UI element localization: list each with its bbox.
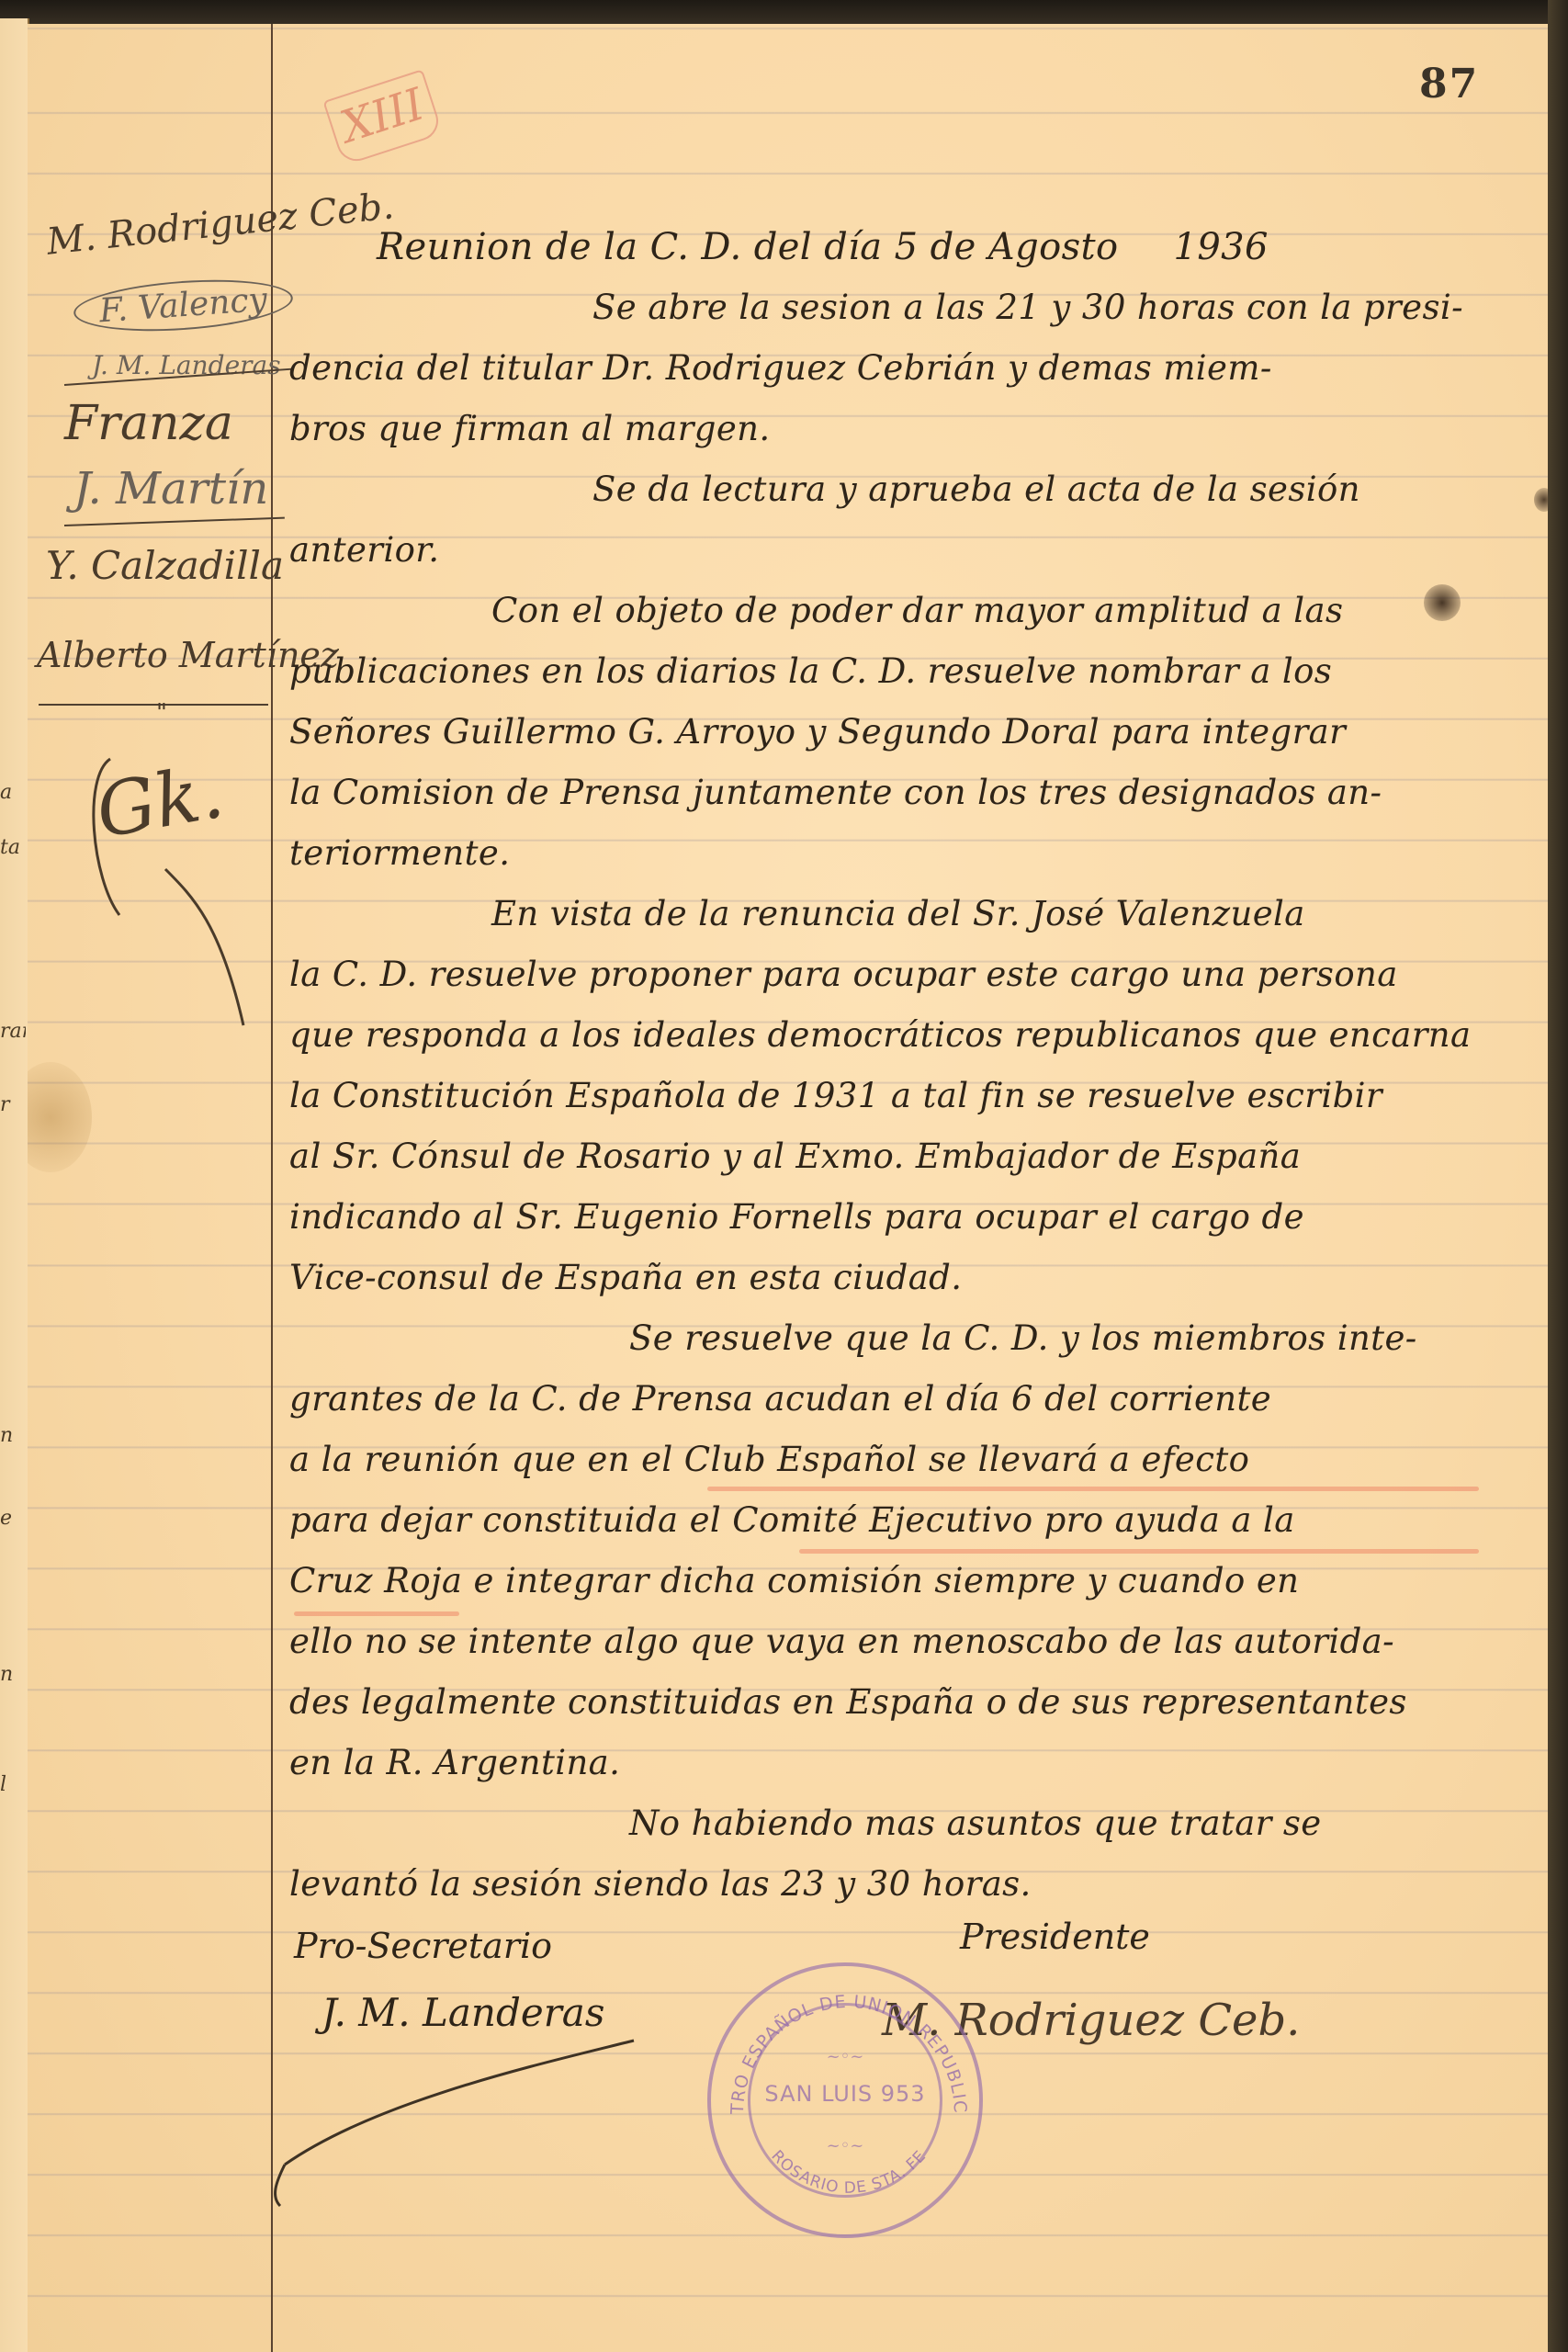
president-label: Presidente [960, 1917, 1150, 1957]
previous-page-fragment: r [0, 1093, 26, 1116]
text-line: para dejar constituida el Comité Ejecuti… [289, 1490, 1520, 1551]
title-text: Reunion de la C. D. del día 5 de Agosto [377, 226, 1118, 268]
text-line: teriormente. [289, 823, 1520, 884]
text-line: anterior. [289, 520, 1520, 581]
red-underline [799, 1549, 1479, 1554]
previous-page-fragment: ran [0, 1020, 26, 1043]
previous-page-fragment: l [0, 1773, 26, 1796]
text-line: Se da lectura y aprueba el acta de la se… [289, 459, 1520, 520]
text-line: a la reunión que en el Club Español se l… [289, 1430, 1520, 1490]
text-line: Se resuelve que la C. D. y los miembros … [289, 1308, 1520, 1369]
ledger-page: 87 XIII M. Rodriguez Ceb. F. Valency J. … [28, 24, 1548, 2352]
text-line: Se abre la sesion a las 21 y 30 horas co… [289, 277, 1520, 338]
previous-page-fragment: ta [0, 836, 26, 859]
text-line: Vice-consul de España en esta ciudad. [289, 1248, 1520, 1308]
text-line: bros que firman al margen. [289, 399, 1520, 459]
minutes-body: Reunion de la C. D. del día 5 de Agosto1… [289, 217, 1520, 1915]
text-line: ello no se intente algo que vaya en meno… [289, 1611, 1520, 1672]
text-line: en la R. Argentina. [289, 1733, 1520, 1793]
text-line: des legalmente constituidas en España o … [289, 1672, 1520, 1733]
text-line: Con el objeto de poder dar mayor amplitu… [289, 581, 1520, 641]
red-underline [707, 1487, 1479, 1491]
text-line: Señores Guillermo G. Arroyo y Segundo Do… [289, 702, 1520, 763]
title-year: 1936 [1173, 226, 1268, 268]
text-line: que responda a los ideales democráticos … [289, 1005, 1520, 1066]
pro-secretary-label: Pro-Secretario [294, 1926, 552, 1966]
margin-signature: Y. Calzadilla [46, 543, 284, 588]
text-line: indicando al Sr. Eugenio Fornells para o… [289, 1187, 1520, 1248]
red-underline [294, 1611, 459, 1616]
ditto-mark: " [156, 699, 167, 727]
text-line: la Comision de Prensa juntamente con los… [289, 763, 1520, 823]
text-line: dencia del titular Dr. Rodriguez Cebrián… [289, 338, 1520, 399]
margin-signature: Franza [64, 396, 233, 451]
page-number: 87 [1419, 61, 1479, 107]
text-line: publicaciones en los diarios la C. D. re… [289, 641, 1520, 702]
signature-flourish [266, 2027, 671, 2211]
stamp-ornament: ~◦~ [711, 2136, 979, 2155]
stamp-center-text: SAN LUIS 953 [711, 2081, 979, 2107]
previous-page-fragment: e [0, 1507, 26, 1530]
margin-signature: J. Martín [73, 463, 268, 514]
text-line: levantó la sesión siendo las 23 y 30 hor… [289, 1854, 1520, 1915]
text-line: Cruz Roja e integrar dicha comisión siem… [289, 1551, 1520, 1611]
previous-page-edge: a ta ran r n e n l [0, 18, 29, 2352]
text-line: la C. D. resuelve proponer para ocupar e… [289, 944, 1520, 1005]
text-line: No habiendo mas asuntos que tratar se [289, 1793, 1520, 1854]
previous-page-fragment: a [0, 781, 26, 804]
previous-page-fragment: n [0, 1424, 26, 1447]
signature-rule [39, 704, 268, 706]
signature-flourish [83, 741, 266, 1035]
minutes-title: Reunion de la C. D. del día 5 de Agosto1… [289, 217, 1520, 277]
ink-blot [1534, 488, 1548, 512]
text-line: grantes de la C. de Prensa acudan el día… [289, 1369, 1520, 1430]
text-line: al Sr. Cónsul de Rosario y al Exmo. Emba… [289, 1126, 1520, 1187]
text-line: En vista de la renuncia del Sr. José Val… [289, 884, 1520, 944]
organization-stamp: CENTRO ESPAÑOL DE UNION REPUBLICANA ROSA… [707, 1962, 983, 2238]
text-line: la Constitución Española de 1931 a tal f… [289, 1066, 1520, 1126]
stamp-ornament: ~◦~ [711, 2047, 979, 2066]
book-background-right [1548, 0, 1568, 2352]
previous-page-fragment: n [0, 1663, 26, 1686]
